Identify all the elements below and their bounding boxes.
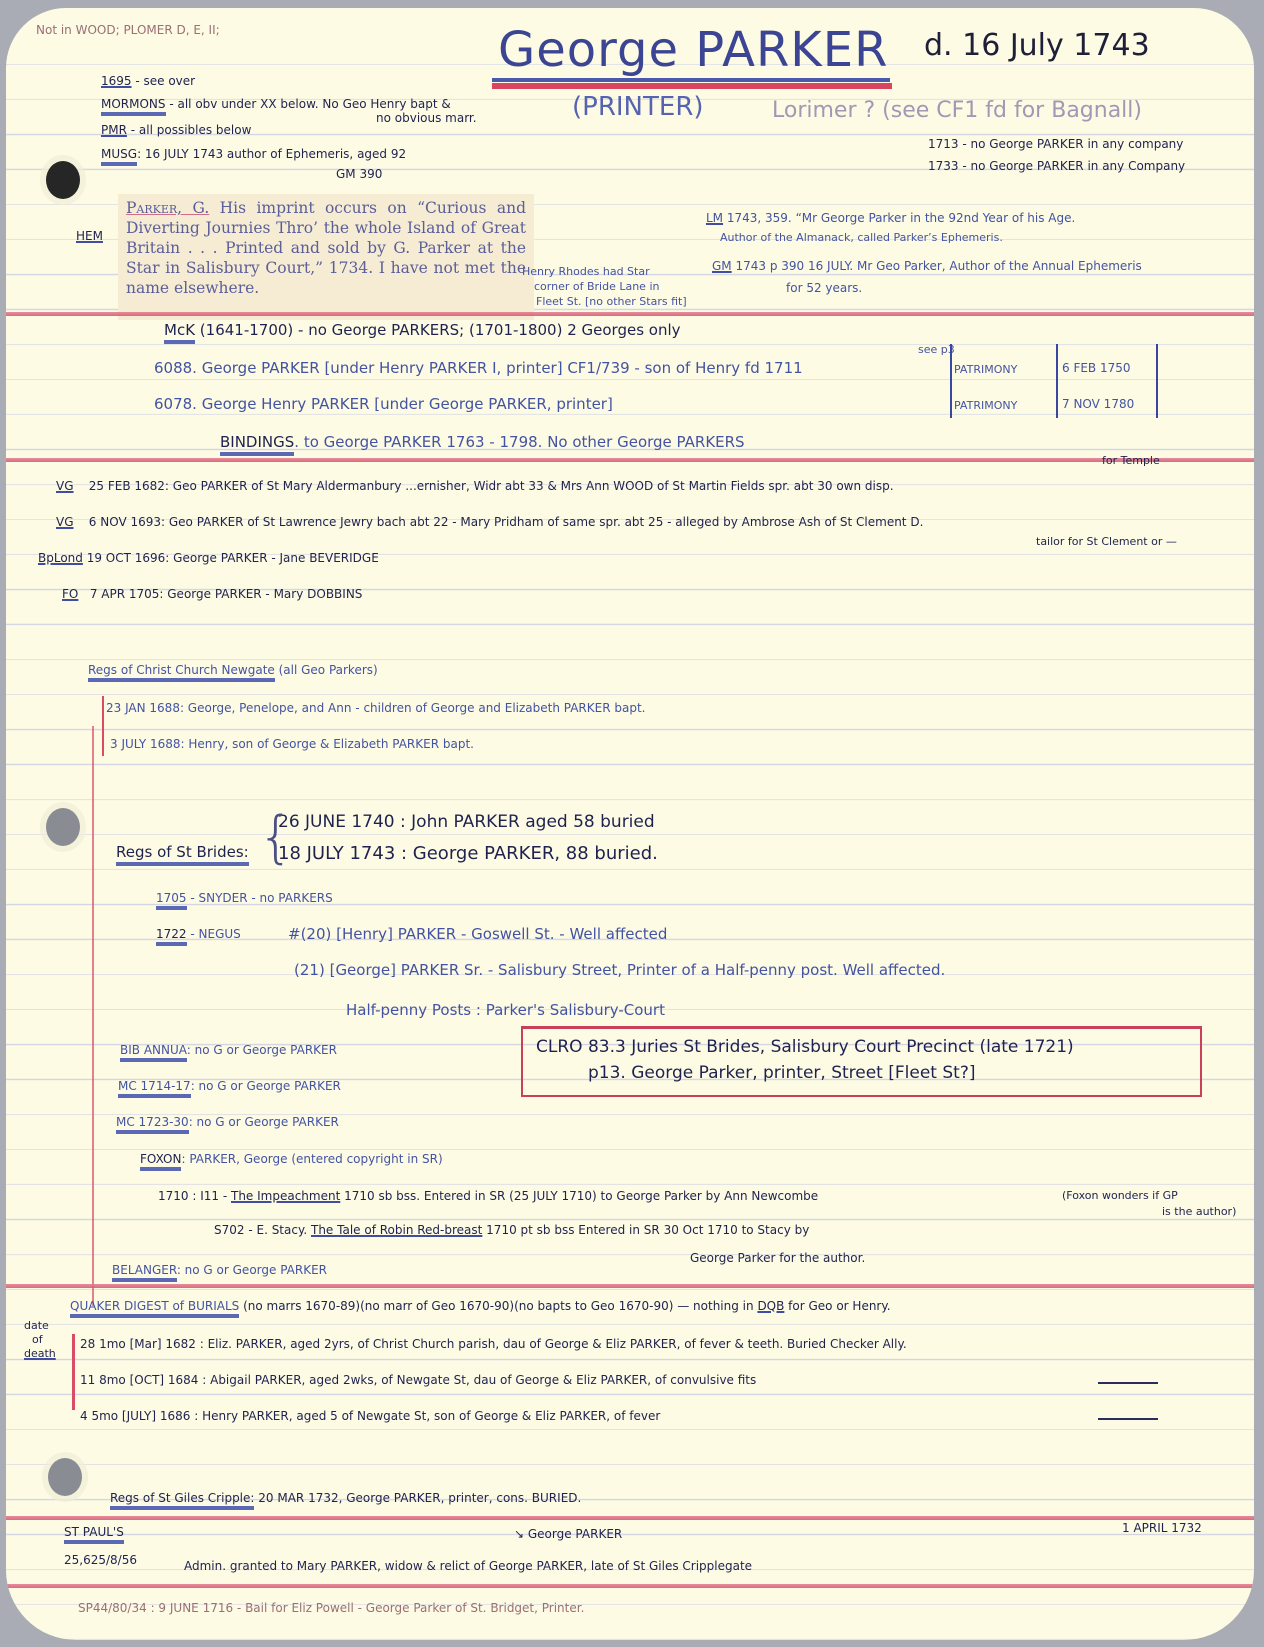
list-item: S702 - E. Stacy. The Tale of Robin Red-b… <box>214 1224 809 1238</box>
section-divider <box>6 312 1254 316</box>
clipping-annotation: Fleet St. [no other Stars fit] <box>536 296 687 309</box>
list-item: (21) [George] PARKER Sr. - Salisbury Str… <box>294 962 945 979</box>
list-item: MC 1723-30: no G or George PARKER <box>116 1116 339 1130</box>
section-divider <box>6 1516 1254 1520</box>
list-item: BIB ANNUA: no G or George PARKER <box>120 1044 337 1058</box>
sp-note: SP44/80/34 : 9 JUNE 1716 - Bail for Eliz… <box>78 1602 584 1616</box>
death-date: d. 16 July 1743 <box>924 28 1150 63</box>
list-item: 28 1mo [Mar] 1682 : Eliz. PARKER, aged 2… <box>80 1338 907 1352</box>
index-card: Not in WOOD; PLOMER D, E, II; George PAR… <box>6 8 1254 1640</box>
list-item: 1710 : I11 - The Impeachment 1710 sb bss… <box>158 1190 818 1204</box>
company-note: 1733 - no George PARKER in any Company <box>928 160 1185 174</box>
bracket-line <box>102 696 104 756</box>
company-note: 1713 - no George PARKER in any company <box>928 138 1183 152</box>
list-item: 23 JAN 1688: George, Penelope, and Ann -… <box>106 702 645 716</box>
st-giles-entry: Regs of St Giles Cripple: 20 MAR 1732, G… <box>110 1492 581 1506</box>
list-item: VG 25 FEB 1682: Geo PARKER of St Mary Al… <box>56 480 894 494</box>
title-underline-red <box>492 83 892 89</box>
punch-hole <box>48 1458 82 1496</box>
pencil-note: Lorimer ? (see CF1 fd for Bagnall) <box>772 98 1142 123</box>
section-divider <box>6 1584 1254 1588</box>
clipping-source-label: HEM <box>76 230 103 244</box>
list-item: 11 8mo [OCT] 1684 : Abigail PARKER, aged… <box>80 1374 756 1388</box>
list-item: #(20) [Henry] PARKER - Goswell St. - Wel… <box>288 926 667 943</box>
page-title: George PARKER <box>498 22 888 78</box>
clipping-annotation: Henry Rhodes had Star <box>522 266 650 279</box>
clro-line: CLRO 83.3 Juries St Brides, Salisbury Co… <box>536 1038 1074 1058</box>
list-item: 4 5mo [JULY] 1686 : Henry PARKER, aged 5… <box>80 1410 660 1424</box>
arrow-note: ↘ George PARKER <box>514 1528 622 1542</box>
list-item: 26 JUNE 1740 : John PARKER aged 58 burie… <box>278 813 655 833</box>
list-item: FO 7 APR 1705: George PARKER - Mary DOBB… <box>62 588 362 602</box>
title-underline <box>492 78 890 82</box>
list-item: VG 6 NOV 1693: Geo PARKER of St Lawrence… <box>56 516 923 530</box>
section-divider <box>6 1284 1254 1288</box>
clro-line: p13. George Parker, printer, Street [Fle… <box>588 1064 976 1084</box>
printed-clipping: Parker, G. His imprint occurs on “Curiou… <box>118 194 534 320</box>
section-divider <box>6 458 1254 462</box>
punch-hole <box>46 161 80 199</box>
list-item: 3 JULY 1688: Henry, son of George & Eliz… <box>110 738 474 752</box>
punch-hole <box>46 808 80 846</box>
list-item: MC 1714-17: no G or George PARKER <box>118 1080 341 1094</box>
list-item: BELANGER: no G or George PARKER <box>112 1264 327 1278</box>
list-item: BpLond 19 OCT 1696: George PARKER - Jane… <box>38 552 379 566</box>
corner-note: Not in WOOD; PLOMER D, E, II; <box>36 24 220 38</box>
occupation-subtitle: (PRINTER) <box>572 92 704 122</box>
list-item: 18 JULY 1743 : George PARKER, 88 buried. <box>278 844 658 865</box>
link-line <box>92 726 94 1306</box>
clipping-annotation: corner of Bride Lane in <box>534 281 659 294</box>
